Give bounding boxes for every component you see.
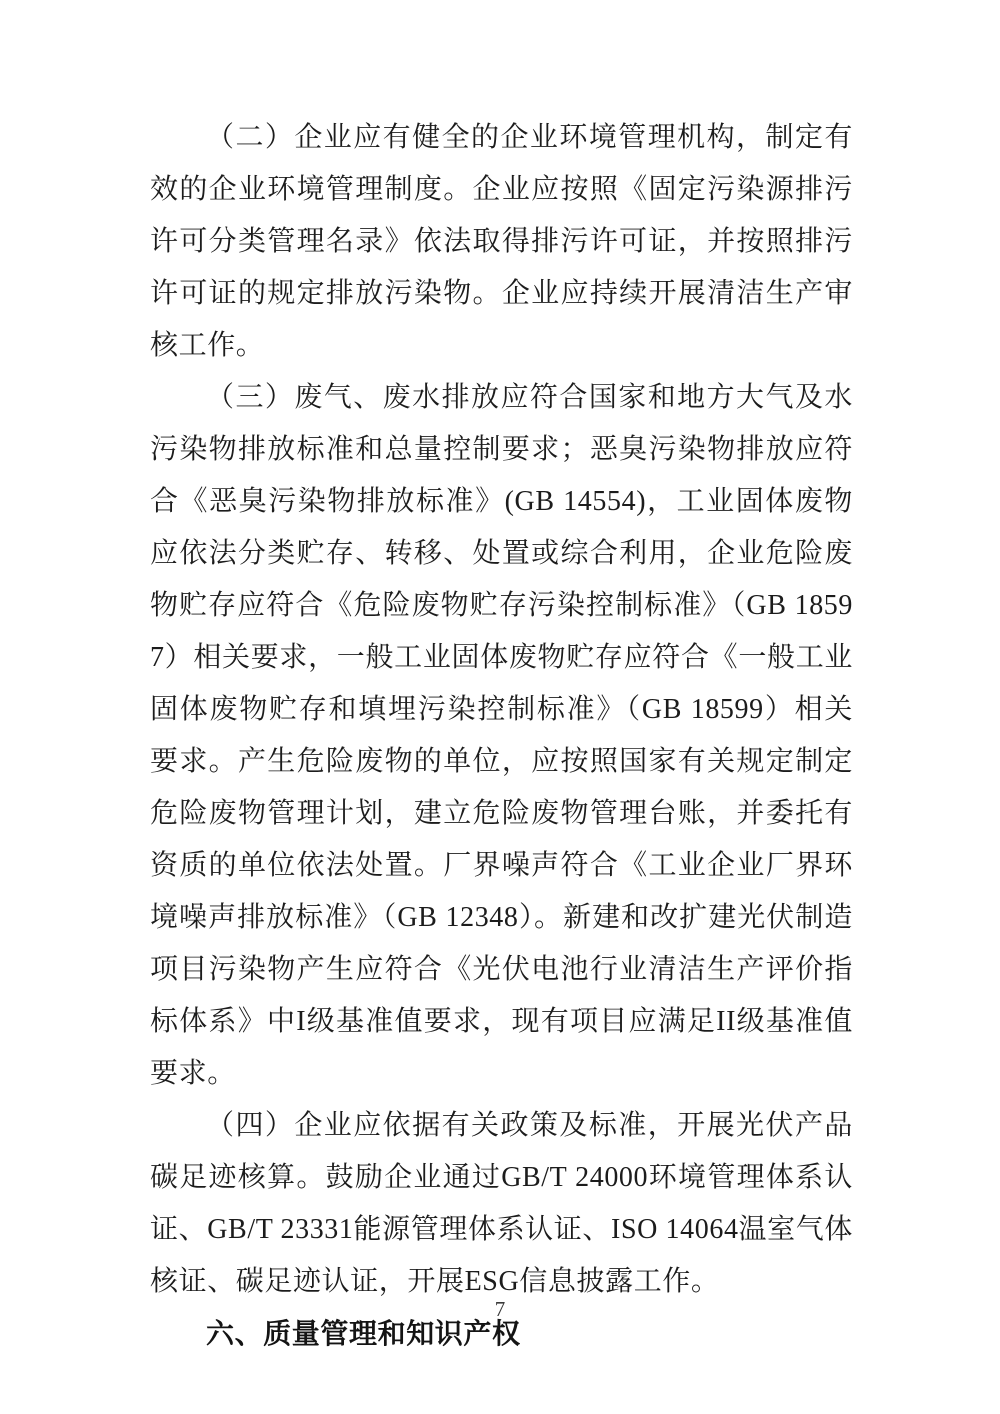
paragraph-item-2: （二）企业应有健全的企业环境管理机构，制定有效的企业环境管理制度。企业应按照《固… <box>150 112 853 372</box>
paragraph-item-3: （三）废气、废水排放应符合国家和地方大气及水污染物排放标准和总量控制要求；恶臭污… <box>150 372 853 1100</box>
document-body: （二）企业应有健全的企业环境管理机构，制定有效的企业环境管理制度。企业应按照《固… <box>150 112 853 1360</box>
page-number: 7 <box>0 1294 1000 1324</box>
document-page: （二）企业应有健全的企业环境管理机构，制定有效的企业环境管理制度。企业应按照《固… <box>0 0 1000 1414</box>
paragraph-item-4: （四）企业应依据有关政策及标准，开展光伏产品碳足迹核算。鼓励企业通过GB/T 2… <box>150 1100 853 1308</box>
